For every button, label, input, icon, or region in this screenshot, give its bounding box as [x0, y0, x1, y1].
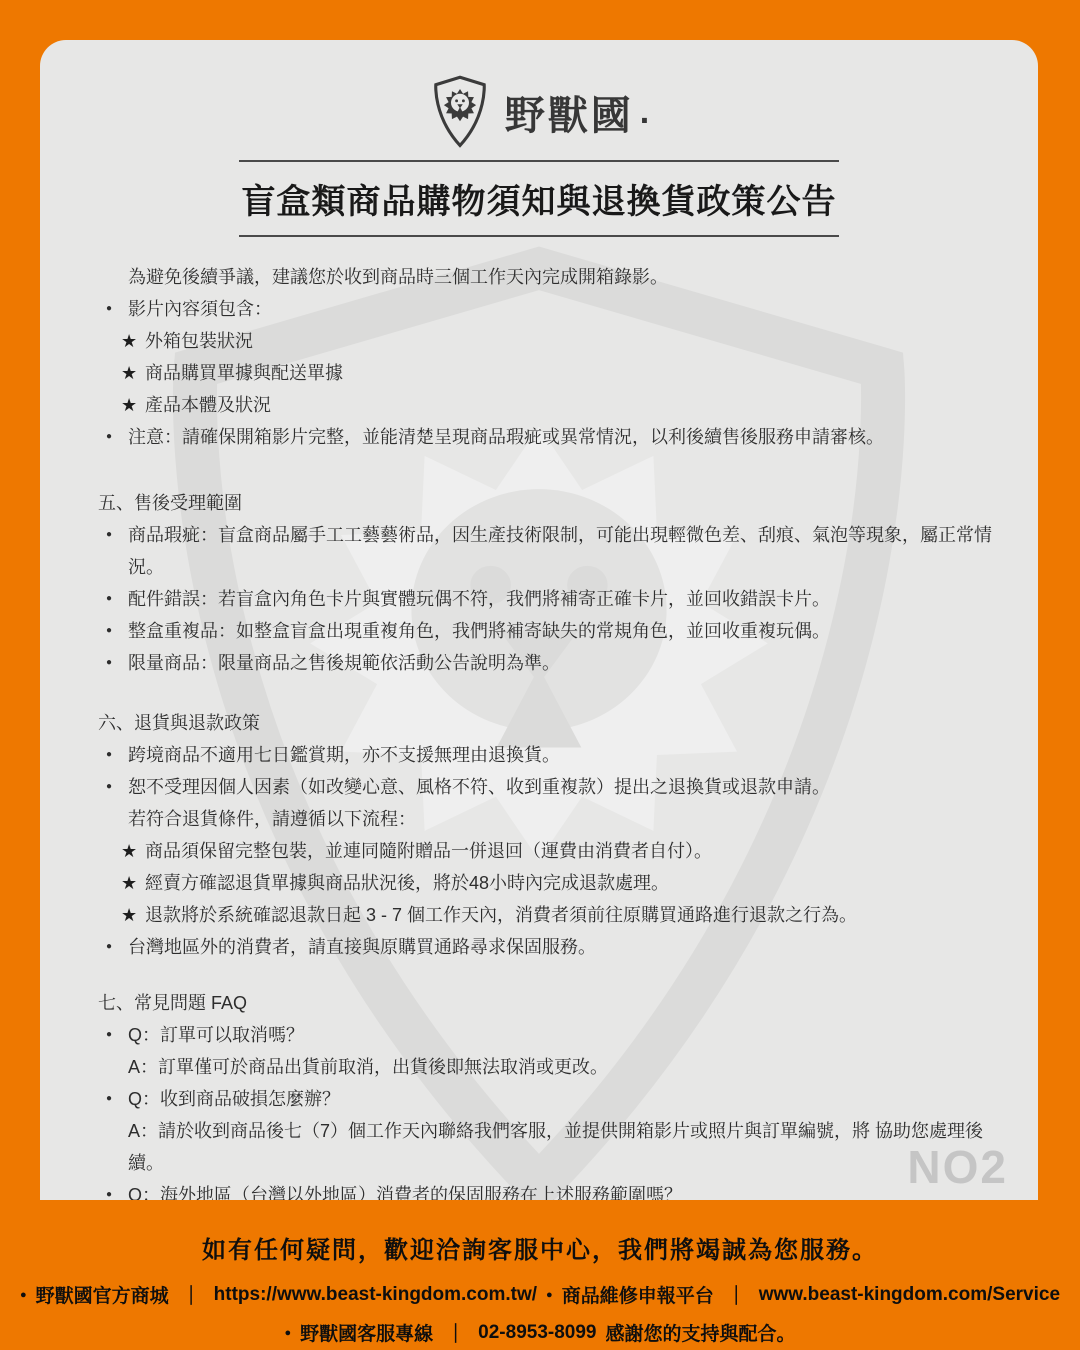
policy-text: 商品須保留完整包裝，並連同隨附贈品一併退回（運費由消費者自付）。: [145, 841, 712, 861]
star-icon: ★: [121, 899, 137, 931]
policy-bullet-item: ● 影片內容須包含：: [98, 293, 1012, 325]
policy-text: 經賣方確認退貨單據與商品狀況後，將於48小時內完成退款處理。: [145, 873, 669, 893]
title-divider-top: [239, 160, 839, 162]
footer-links-row: ● 野獸國官方商城 ｜ https://www.beast-kingdom.co…: [0, 1281, 1080, 1308]
policy-bullet-item: ● 整盒重複品：如整盒盲盒出現重複角色，我們將補寄缺失的常規角色，並回收重複玩偶…: [98, 615, 1012, 647]
policy-condition-line: 若符合退貨條件，請遵循以下流程：: [98, 803, 1012, 835]
policy-bullet-item: ● 恕不受理因個人因素（如改變心意、風格不符、收到重複款）提出之退換貨或退款申請…: [98, 771, 1012, 803]
brand-wordmark-period: .: [640, 93, 649, 132]
bullet-dot-icon: ●: [106, 931, 112, 963]
bullet-dot-icon: ●: [106, 1083, 112, 1115]
footer-service-message: 如有任何疑問，歡迎洽詢客服中心，我們將竭誠為您服務。: [0, 1230, 1080, 1265]
faq-answer: A：請於收到商品後七（7）個工作天內聯絡我們客服，並提供開箱影片或照片與訂單編號…: [98, 1115, 1012, 1179]
policy-bullet-item: ● 商品瑕疵：盲盒商品屬手工工藝藝術品，因生產技術限制，可能出現輕微色差、刮痕、…: [98, 519, 1012, 583]
footer-repair-label: 商品維修申報平台: [562, 1281, 714, 1308]
policy-text: 產品本體及狀況: [145, 395, 271, 415]
footer-shop-url: https://www.beast-kingdom.com.tw/: [214, 1284, 537, 1306]
policy-bullet-item: ● 限量商品：限量商品之售後規範依活動公告說明為準。: [98, 647, 1012, 679]
bullet-dot-icon: ●: [284, 1327, 291, 1339]
policy-content: 為避免後續爭議，建議您於收到商品時三個工作天內完成開箱錄影。 ● 影片內容須包含…: [40, 261, 1038, 1200]
policy-star-item: ★ 經賣方確認退貨單據與商品狀況後，將於48小時內完成退款處理。: [98, 867, 1012, 899]
policy-text: 整盒重複品：如整盒盲盒出現重複角色，我們將補寄缺失的常規角色，並回收重複玩偶。: [128, 621, 830, 641]
footer-hotline-label: 野獸國客服專線: [300, 1319, 433, 1346]
bullet-dot-icon: ●: [106, 421, 112, 453]
policy-bullet-item: ● 配件錯誤：若盲盒內角色卡片與實體玩偶不符，我們將補寄正確卡片，並回收錯誤卡片…: [98, 583, 1012, 615]
bullet-dot-icon: ●: [106, 739, 112, 771]
policy-bullet-item: ● 注意：請確保開箱影片完整，並能清楚呈現商品瑕疵或異常情況，以利後續售後服務申…: [98, 421, 1012, 453]
section-heading-6: 六、退貨與退款政策: [98, 707, 1012, 739]
faq-question-text: Q：海外地區（台灣以外地區）消費者的保固服務在上述服務範圍嗎？: [128, 1185, 682, 1200]
policy-text: 影片內容須包含：: [128, 299, 272, 319]
policy-star-item: ★ 商品購買單據與配送單據: [98, 357, 1012, 389]
policy-text: 台灣地區外的消費者，請直接與原購買通路尋求保固服務。: [128, 937, 596, 957]
footer-hotline-thanks: 感謝您的支持與配合。: [606, 1319, 796, 1346]
footer-hotline-number: 02-8953-8099: [478, 1322, 596, 1344]
star-icon: ★: [121, 867, 137, 899]
bullet-dot-icon: ●: [20, 1289, 27, 1301]
policy-text: 注意：請確保開箱影片完整，並能清楚呈現商品瑕疵或異常情況，以利後續售後服務申請審…: [128, 427, 884, 447]
policy-text: 限量商品：限量商品之售後規範依活動公告說明為準。: [128, 653, 560, 673]
policy-star-item: ★ 外箱包裝狀況: [98, 325, 1012, 357]
star-icon: ★: [121, 389, 137, 421]
footer-shop-label: 野獸國官方商城: [36, 1281, 169, 1308]
section-heading-7: 七、常見問題 FAQ: [98, 987, 1012, 1019]
star-icon: ★: [121, 357, 137, 389]
faq-question: ● Q：收到商品破損怎麼辦？: [98, 1083, 1012, 1115]
title-divider-bottom: [239, 235, 839, 237]
lion-shield-icon: [429, 74, 491, 150]
policy-star-item: ★ 商品須保留完整包裝，並連同隨附贈品一併退回（運費由消費者自付）。: [98, 835, 1012, 867]
footer: 如有任何疑問，歡迎洽詢客服中心，我們將竭誠為您服務。 ● 野獸國官方商城 ｜ h…: [0, 1200, 1080, 1350]
footer-separator: ｜: [723, 1281, 750, 1308]
policy-text: 商品購買單據與配送單據: [145, 363, 343, 383]
brand-logo: 野獸國 .: [40, 40, 1038, 152]
policy-bullet-item: ● 台灣地區外的消費者，請直接與原購買通路尋求保固服務。: [98, 931, 1012, 963]
page-title: 盲盒類商品購物須知與退換貨政策公告: [40, 174, 1038, 223]
star-icon: ★: [121, 835, 137, 867]
star-icon: ★: [121, 325, 137, 357]
policy-star-item: ★ 產品本體及狀況: [98, 389, 1012, 421]
policy-text: 外箱包裝狀況: [145, 331, 253, 351]
bullet-dot-icon: ●: [106, 293, 112, 325]
section-heading-5: 五、售後受理範圍: [98, 487, 1012, 519]
faq-question-text: Q：收到商品破損怎麼辦？: [128, 1089, 340, 1109]
footer-separator: ｜: [442, 1319, 469, 1346]
policy-text: 恕不受理因個人因素（如改變心意、風格不符、收到重複款）提出之退換貨或退款申請。: [128, 777, 830, 797]
policy-text: 跨境商品不適用七日鑑賞期，亦不支援無理由退換貨。: [128, 745, 560, 765]
bullet-dot-icon: ●: [106, 1179, 112, 1200]
policy-text: 退款將於系統確認退款日起 3 - 7 個工作天內，消費者須前往原購買通路進行退款…: [145, 905, 857, 925]
page-number-badge: NO2: [907, 1140, 1008, 1194]
faq-question: ● Q：訂單可以取消嗎？: [98, 1019, 1012, 1051]
brand-wordmark: 野獸國: [505, 84, 634, 141]
bullet-dot-icon: ●: [106, 1019, 112, 1051]
bullet-dot-icon: ●: [106, 771, 112, 803]
faq-question-text: Q：訂單可以取消嗎？: [128, 1025, 304, 1045]
bullet-dot-icon: ●: [106, 615, 112, 647]
faq-question: ● Q：海外地區（台灣以外地區）消費者的保固服務在上述服務範圍嗎？: [98, 1179, 1012, 1200]
footer-repair-url: www.beast-kingdom.com/Service: [759, 1284, 1060, 1306]
policy-card: 野獸國 . 盲盒類商品購物須知與退換貨政策公告 為避免後續爭議，建議您於收到商品…: [40, 40, 1038, 1200]
policy-star-item: ★ 退款將於系統確認退款日起 3 - 7 個工作天內，消費者須前往原購買通路進行…: [98, 899, 1012, 931]
intro-line: 為避免後續爭議，建議您於收到商品時三個工作天內完成開箱錄影。: [98, 261, 1012, 293]
policy-text: 配件錯誤：若盲盒內角色卡片與實體玩偶不符，我們將補寄正確卡片，並回收錯誤卡片。: [128, 589, 830, 609]
faq-answer: A：訂單僅可於商品出貨前取消，出貨後即無法取消或更改。: [98, 1051, 1012, 1083]
policy-bullet-item: ● 跨境商品不適用七日鑑賞期，亦不支援無理由退換貨。: [98, 739, 1012, 771]
bullet-dot-icon: ●: [106, 647, 112, 679]
bullet-dot-icon: ●: [546, 1289, 553, 1301]
policy-text: 商品瑕疵：盲盒商品屬手工工藝藝術品，因生產技術限制，可能出現輕微色差、刮痕、氣泡…: [128, 525, 992, 577]
poster: { "colors":{ "background_orange":"#EE780…: [0, 0, 1080, 1350]
footer-hotline-row: ● 野獸國客服專線 ｜ 02-8953-8099 感謝您的支持與配合。: [0, 1319, 1080, 1346]
bullet-dot-icon: ●: [106, 583, 112, 615]
footer-separator: ｜: [178, 1281, 205, 1308]
bullet-dot-icon: ●: [106, 519, 112, 551]
